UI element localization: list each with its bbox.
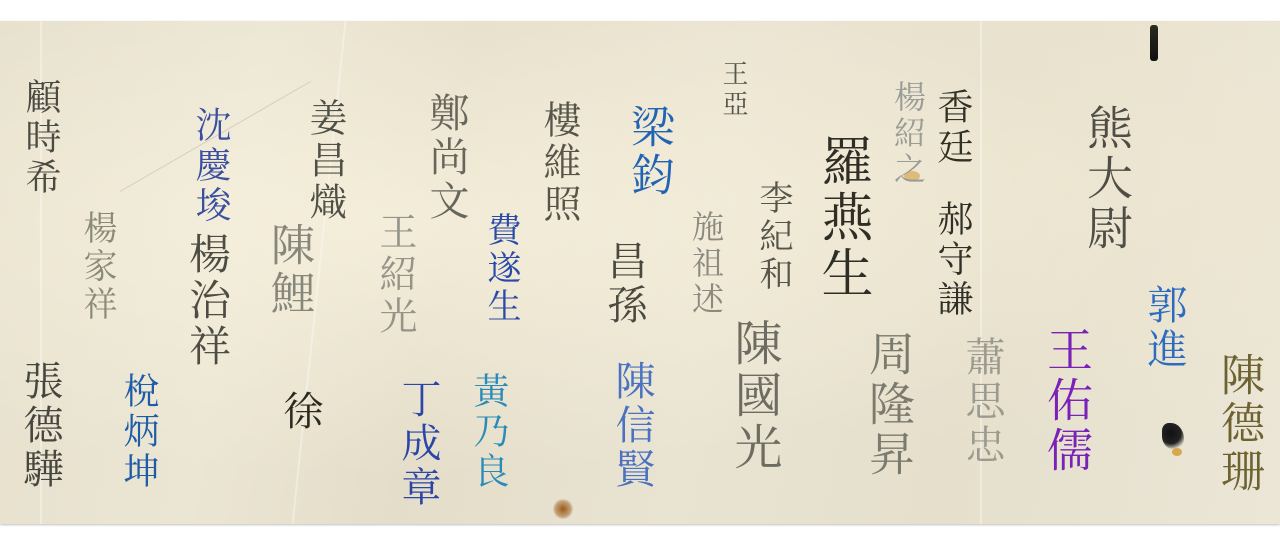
handwritten-signature: 香廷 — [934, 88, 970, 168]
handwritten-signature: 施祖述 — [690, 210, 722, 318]
handwritten-signature: 楊紹之 — [892, 80, 924, 188]
ink-blot — [1162, 423, 1184, 449]
handwritten-signature: 丁成章 — [398, 378, 438, 510]
handwritten-signature: 陳國光 — [730, 318, 778, 474]
handwritten-signature: 楊家祥 — [80, 210, 114, 324]
handwritten-signature: 陳信賢 — [612, 360, 652, 492]
handwritten-signature: 郝守謙 — [934, 200, 970, 320]
handwritten-signature: 梲炳坤 — [120, 372, 156, 492]
ink-mark — [1150, 25, 1158, 61]
handwritten-signature: 陳德珊 — [1216, 352, 1260, 496]
handwritten-signature: 王佑儒 — [1044, 326, 1090, 476]
handwritten-signature: 郭進 — [1144, 284, 1184, 372]
paper-damage — [1172, 448, 1182, 456]
handwritten-signature: 熊大尉 — [1084, 104, 1130, 254]
handwritten-signature: 費遂生 — [484, 212, 518, 326]
handwritten-signature: 周隆昇 — [866, 330, 912, 480]
handwritten-signature: 張德驊 — [20, 360, 60, 492]
handwritten-signature: 王紹光 — [376, 212, 414, 338]
handwritten-signature: 蕭思忠 — [962, 336, 1002, 468]
handwritten-signature: 陳鯉 — [266, 222, 310, 318]
handwritten-signature: 李紀和 — [756, 180, 790, 294]
handwritten-signature: 顧時希 — [22, 78, 58, 198]
handwritten-signature: 王亞 — [720, 60, 746, 120]
handwritten-signature: 黃乃良 — [470, 372, 506, 492]
handwritten-signature: 羅燕生 — [816, 134, 868, 302]
handwritten-signature: 樓維照 — [540, 100, 578, 226]
handwritten-signature: 鄭尚文 — [426, 92, 466, 224]
handwritten-signature: 徐 — [280, 390, 320, 434]
rust-stain — [553, 499, 573, 519]
handwritten-signature: 梁鈞 — [626, 104, 670, 200]
handwritten-signature: 楊治祥 — [186, 232, 228, 370]
handwritten-signature: 昌孫 — [604, 240, 644, 328]
handwritten-signature: 沈慶埈 — [192, 106, 228, 226]
handwritten-signature: 姜昌熾 — [306, 98, 344, 224]
